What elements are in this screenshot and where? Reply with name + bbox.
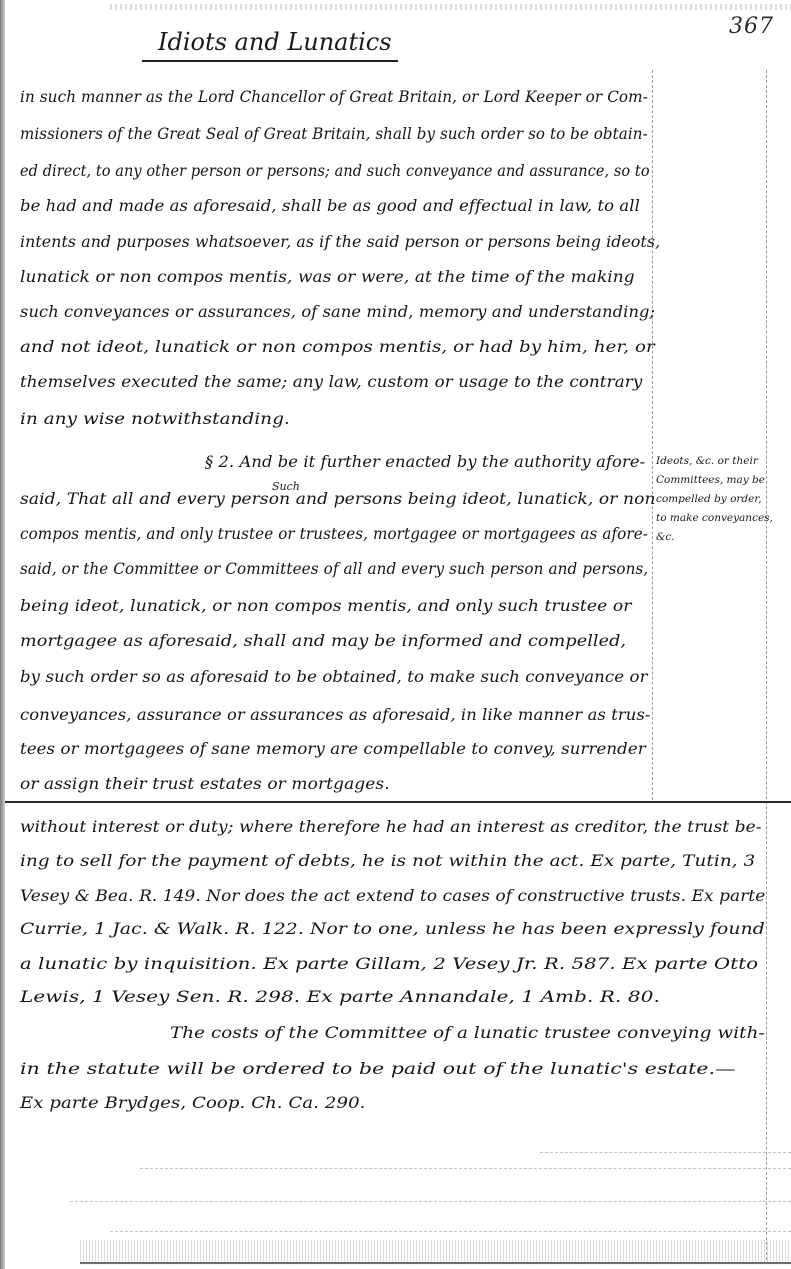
text-line: in such manner as the Lord Chancellor of… (20, 88, 648, 106)
text-line: said, or the Committee or Committees of … (20, 560, 648, 578)
text-line: missioners of the Great Seal of Great Br… (20, 125, 648, 143)
margin-rule-inner (652, 70, 653, 800)
text-line: Ex parte Brydges, Coop. Ch. Ca. 290. (20, 1094, 365, 1112)
text-line: The costs of the Committee of a lunatic … (170, 1024, 765, 1042)
text-line: conveyances, assurance or assurances as … (20, 706, 651, 724)
text-line: or assign their trust estates or mortgag… (20, 775, 390, 793)
text-line: mortgagee as aforesaid, shall and may be… (20, 632, 626, 650)
scan-left-edge (0, 0, 5, 1269)
text-line: themselves executed the same; any law, c… (20, 373, 642, 391)
text-line: Lewis, 1 Vesey Sen. R. 298. Ex parte Ann… (20, 988, 660, 1006)
margin-rule-outer (766, 70, 767, 1260)
scan-bottom-edge (80, 1262, 791, 1264)
text-line: § 2. And be it further enacted by the au… (205, 453, 645, 471)
text-line: without interest or duty; where therefor… (20, 818, 762, 836)
faint-ruled-line (70, 1201, 791, 1202)
scan-top-noise (110, 4, 791, 10)
title-underline (142, 60, 398, 62)
text-line: such conveyances or assurances, of sane … (20, 303, 655, 321)
text-line: compos mentis, and only trustee or trust… (20, 525, 648, 543)
text-line: tees or mortgagees of sane memory are co… (20, 740, 646, 758)
margin-note-line: to make conveyances, (656, 509, 768, 528)
text-line: intents and purposes whatsoever, as if t… (20, 233, 660, 251)
footnote-divider (5, 801, 791, 803)
text-line: being ideot, lunatick, or non compos men… (20, 597, 632, 615)
text-line: ing to sell for the payment of debts, he… (20, 852, 755, 870)
text-line: Currie, 1 Jac. & Walk. R. 122. Nor to on… (20, 920, 765, 938)
text-line: Vesey & Bea. R. 149. Nor does the act ex… (20, 887, 765, 905)
faint-ruled-line (140, 1168, 791, 1169)
text-line: a lunatic by inquisition. Ex parte Gilla… (20, 955, 758, 973)
margin-note-line: Committees, may be (656, 471, 768, 490)
margin-note: Ideots, &c. or their Committees, may be … (656, 452, 768, 547)
faint-ruled-line (540, 1152, 791, 1153)
text-line: and not ideot, lunatick or non compos me… (20, 338, 655, 356)
page-number: 367 (729, 14, 774, 39)
text-line: by such order so as aforesaid to be obta… (20, 668, 648, 686)
page-title: Idiots and Lunatics (158, 28, 392, 56)
text-line: lunatick or non compos mentis, was or we… (20, 268, 635, 286)
text-line: be had and made as aforesaid, shall be a… (20, 197, 640, 215)
text-line: in any wise notwithstanding. (20, 410, 290, 428)
text-line: in the statute will be ordered to be pai… (20, 1060, 736, 1078)
margin-note-line: &c. (656, 528, 768, 547)
faint-ruled-line (110, 1231, 791, 1232)
margin-note-line: compelled by order, (656, 490, 768, 509)
margin-note-line: Ideots, &c. or their (656, 452, 768, 471)
text-line: said, That all and every person and pers… (20, 490, 656, 508)
text-line: ed direct, to any other person or person… (20, 162, 650, 180)
